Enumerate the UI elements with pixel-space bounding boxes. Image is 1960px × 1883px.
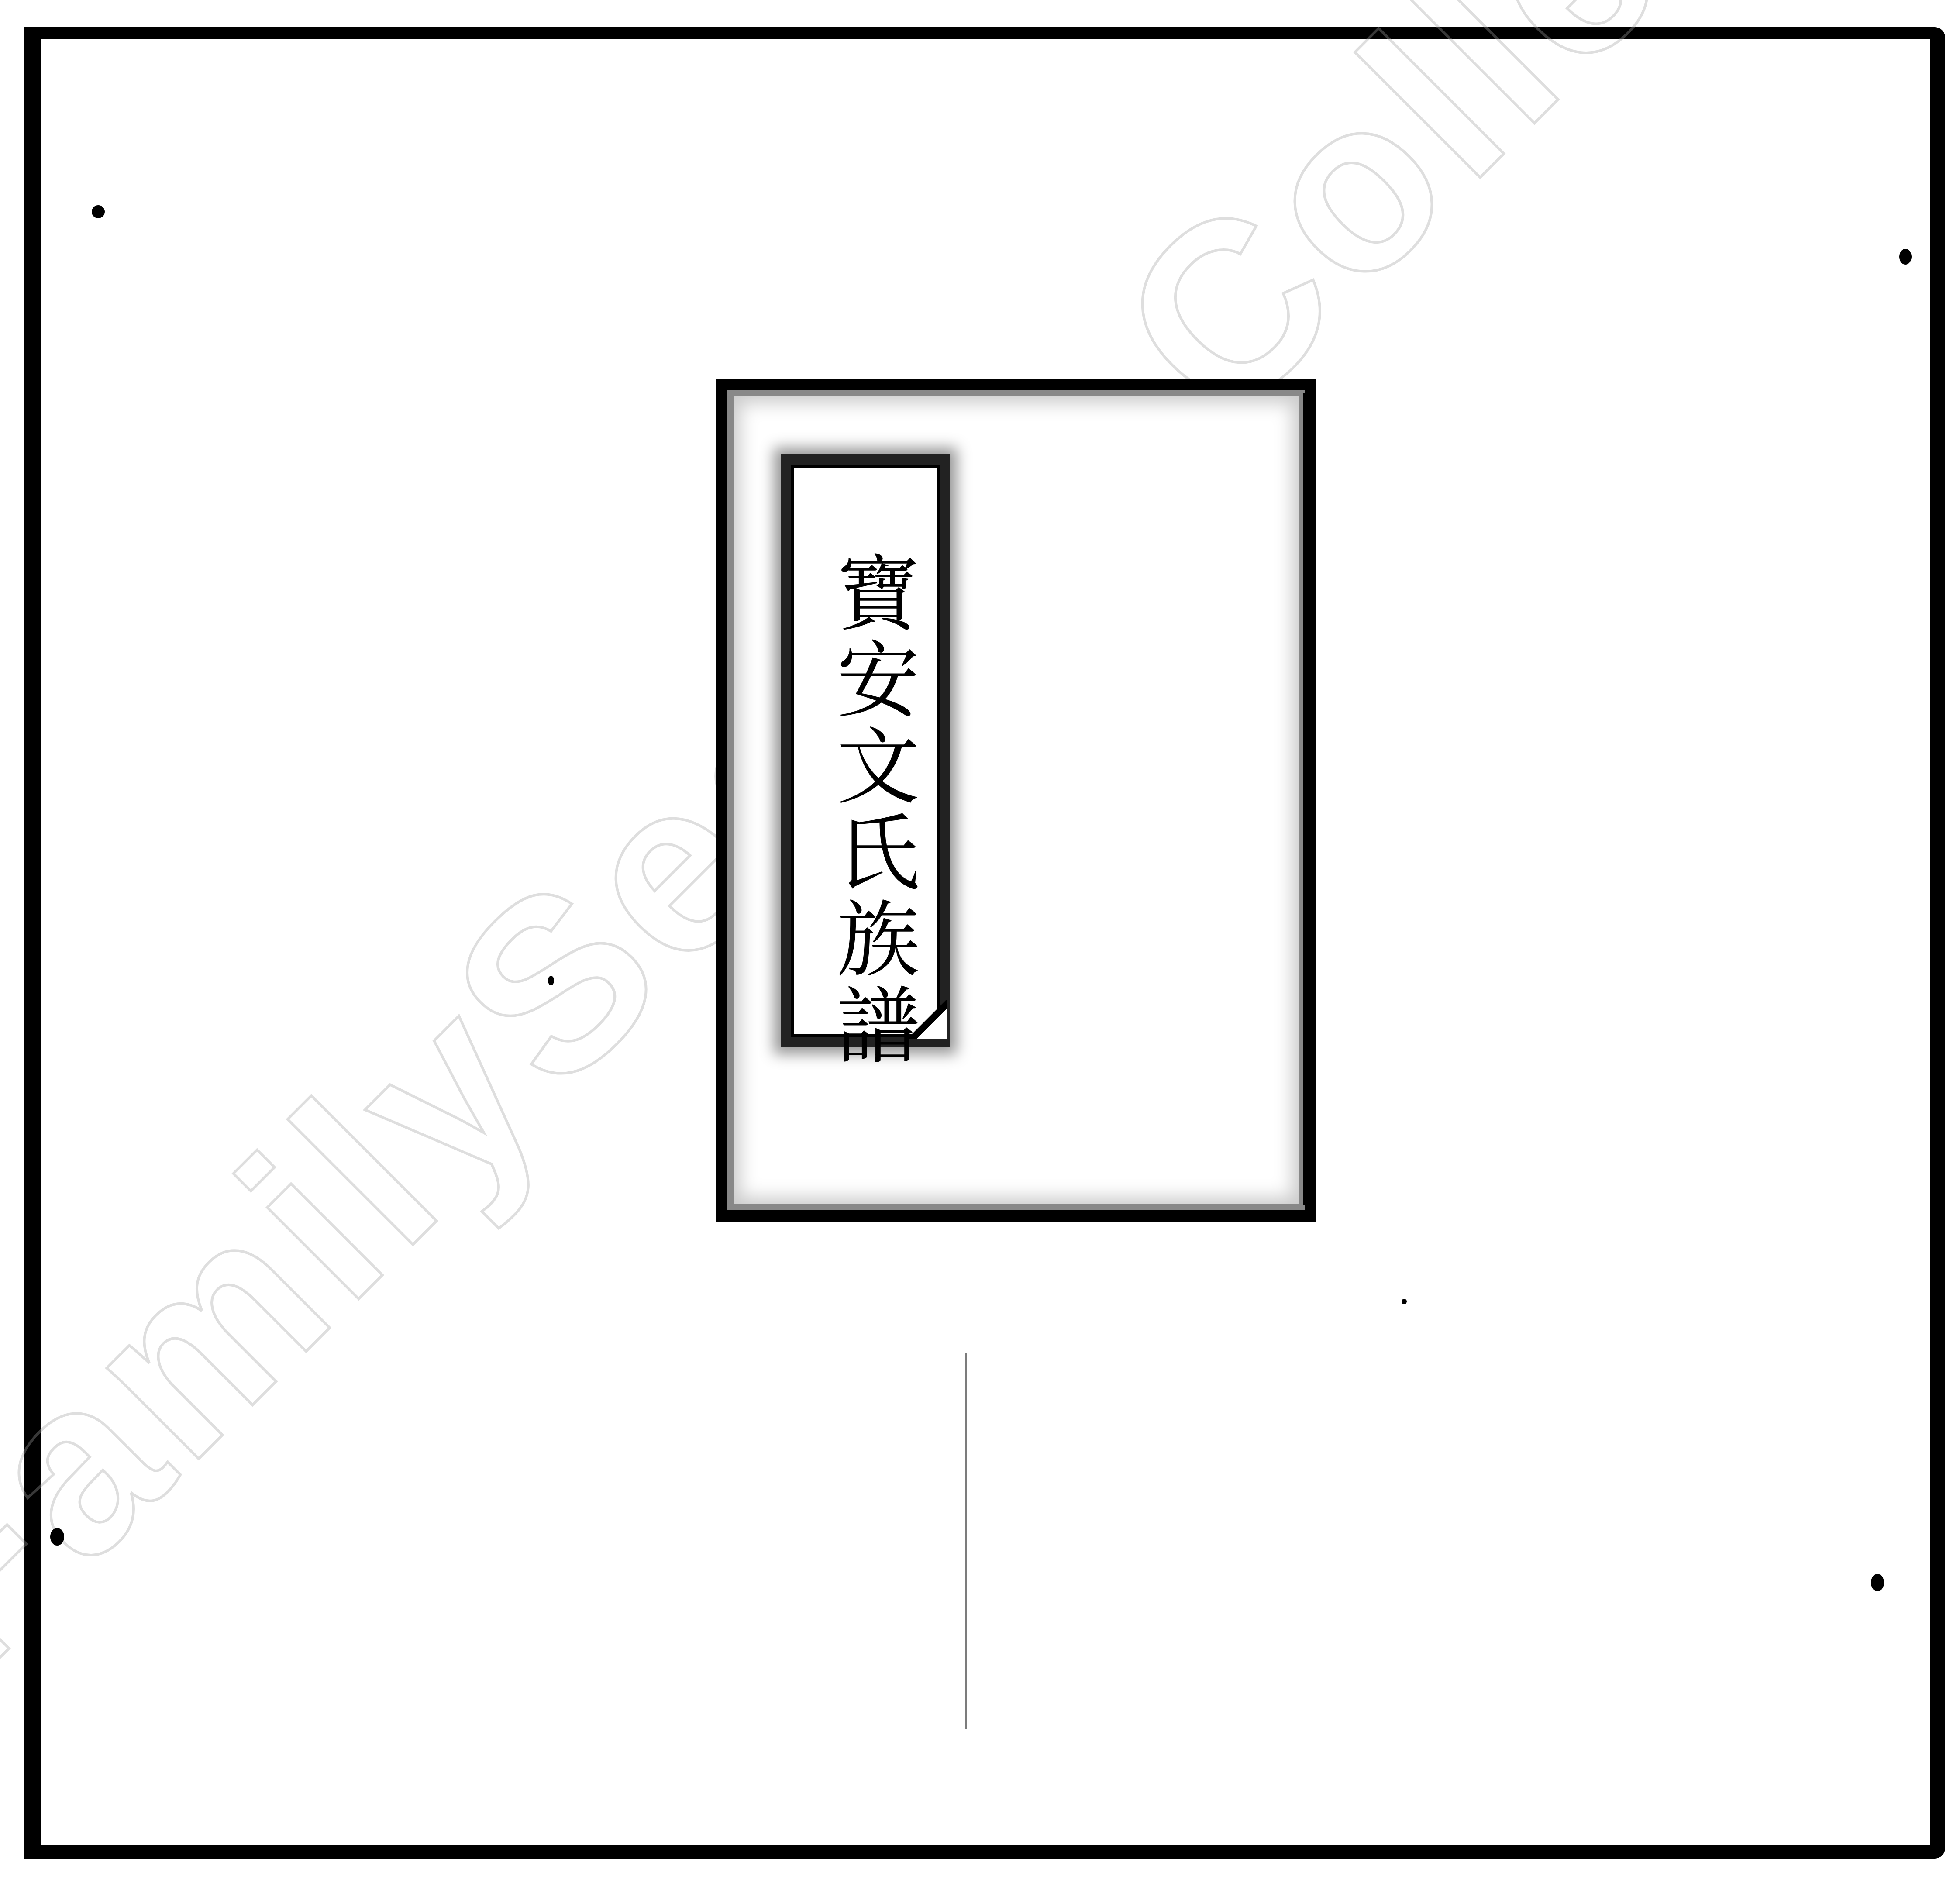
ink-speck xyxy=(1899,249,1912,265)
ink-speck xyxy=(92,205,105,218)
scan-fold-line xyxy=(965,1353,967,1729)
document-title: 寶安文氏族譜 xyxy=(816,550,913,1069)
ink-speck xyxy=(1402,1299,1407,1304)
book-spine-line xyxy=(1303,393,1306,1205)
ink-speck xyxy=(548,976,554,985)
ink-speck xyxy=(1871,1574,1884,1591)
ink-speck xyxy=(50,1528,64,1546)
